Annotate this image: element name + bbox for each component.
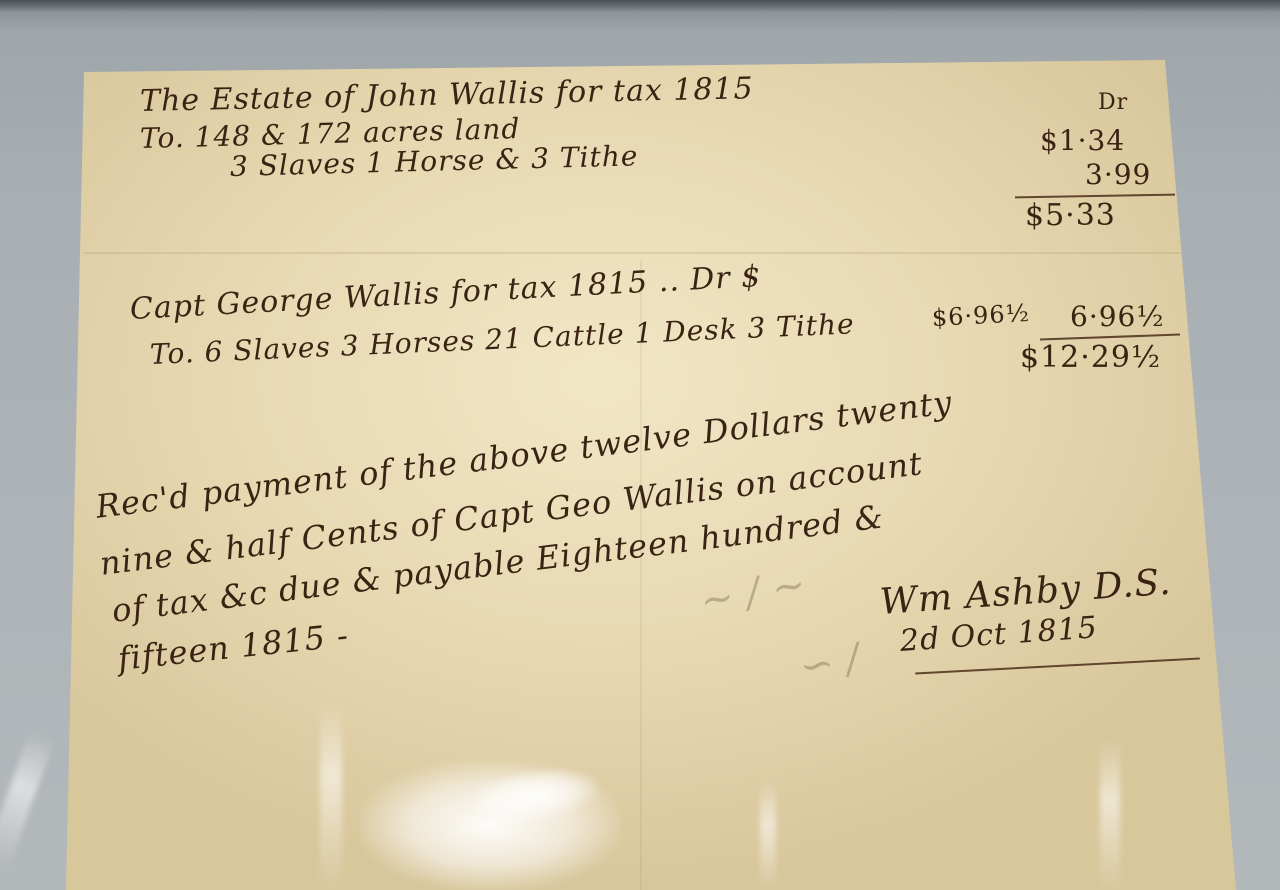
estate-amount-property: 3·99 [1085, 158, 1151, 191]
estate-amount-land: $1·34 [1040, 124, 1125, 157]
sleeve-streak [320, 700, 342, 890]
george-total: $12·29½ [1020, 340, 1161, 375]
sleeve-streak [760, 780, 776, 890]
fold-line-vertical [640, 260, 642, 890]
estate-dr-label: Dr [1098, 90, 1128, 115]
bleed-through-mark: ∼ ∕ ∼ [697, 561, 809, 625]
bleed-through-mark: ∽ ∕ [796, 635, 863, 691]
george-inline-amount: $6·96½ [931, 299, 1030, 332]
sleeve-streak [1100, 740, 1120, 890]
estate-heading: The Estate of John Wallis for tax 1815 [140, 71, 754, 119]
estate-total: $5·33 [1025, 198, 1116, 233]
top-shadow [0, 0, 1280, 12]
document-paper: The Estate of John Wallis for tax 1815 T… [0, 0, 1280, 890]
fold-line-horizontal [84, 252, 1184, 254]
signature: Wm Ashby D.S. [879, 562, 1173, 623]
signature-underline [915, 658, 1200, 675]
george-amount: 6·96½ [1070, 300, 1164, 333]
